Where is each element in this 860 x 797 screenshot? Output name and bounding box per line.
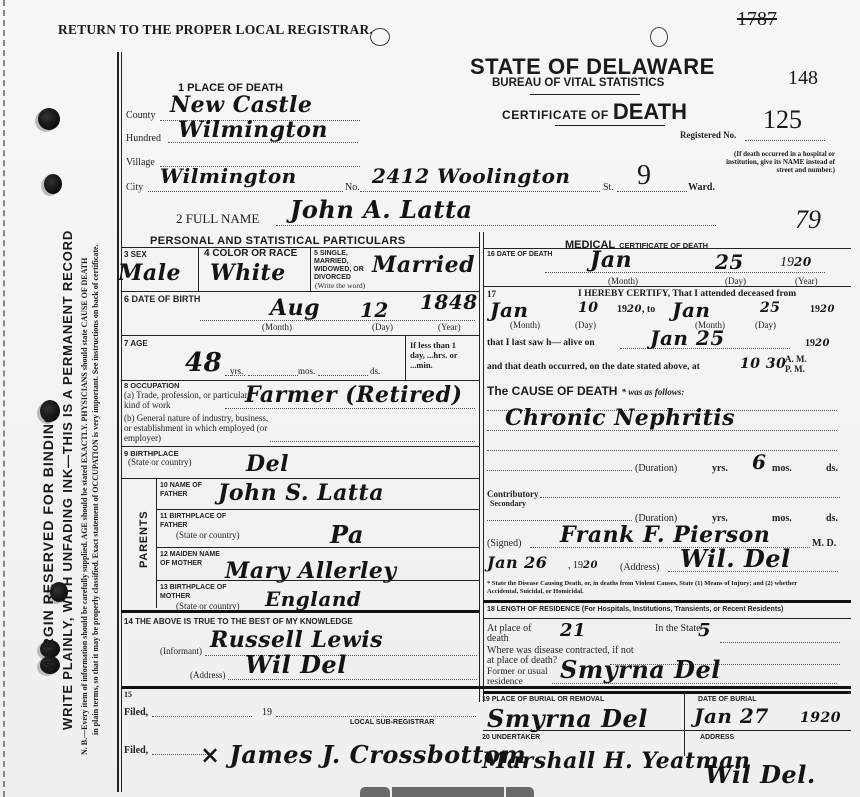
- viewer-toolbar-button[interactable]: [392, 787, 504, 797]
- marital-hint: (Write the word): [315, 281, 365, 290]
- occupation-a-label: (a) Trade, profession, or particular kin…: [124, 390, 249, 410]
- state-years: 5: [698, 620, 711, 641]
- viewer-toolbar-button[interactable]: [506, 787, 534, 797]
- stamp-number: 1787: [737, 8, 777, 31]
- to-day-caption: (Day): [755, 320, 776, 330]
- color-label: 4 COLOR OR RACE: [204, 248, 297, 259]
- city-value: Wilmington: [160, 164, 297, 188]
- burial-year: 1920: [800, 710, 841, 726]
- viewer-toolbar-button[interactable]: [360, 787, 390, 797]
- cause-of-death: Chronic Nephritis: [505, 405, 735, 431]
- ward-value: 9: [637, 160, 651, 192]
- burial-date-label: DATE OF BURIAL: [698, 696, 757, 703]
- medical-heading: MEDICAL CERTIFICATE OF DEATH: [565, 235, 708, 253]
- undertaker-address: Wil Del.: [705, 760, 816, 789]
- registered-no-label: Registered No.: [680, 130, 736, 140]
- parents-section-label: PARENTS: [138, 511, 150, 568]
- physician-address-label: (Address): [620, 562, 659, 573]
- duration-2-mos: mos.: [772, 513, 792, 524]
- street-no-value: 2412 Woolington: [372, 164, 570, 188]
- birthplace-value: Del: [246, 451, 289, 477]
- filed-label: Filed,: [124, 707, 148, 718]
- undertaker-address-label: ADDRESS: [700, 734, 734, 741]
- dob-month: Aug: [270, 295, 320, 321]
- mos-label: mos.: [298, 366, 315, 376]
- dob-day: 12: [360, 298, 389, 322]
- birthplace-hint: (State or country): [128, 457, 191, 467]
- attended-to-day: 25: [760, 300, 780, 316]
- last-saw-year: 1920: [805, 338, 830, 349]
- informant-address-label: (Address): [190, 670, 226, 680]
- margin-note: 79: [795, 205, 821, 235]
- stamp-circle-icon: [370, 28, 390, 46]
- father-name: John S. Latta: [218, 480, 384, 506]
- mother-name-label: 12 MAIDEN NAME OF MOTHER: [160, 550, 230, 568]
- dod-month-caption: (Month): [608, 276, 638, 286]
- informant-label: (Informant): [160, 646, 202, 656]
- death-certificate-document: MARGIN RESERVED FOR BINDING WRITE PLAINL…: [0, 0, 860, 797]
- signed-date: Jan 26: [487, 553, 547, 572]
- age-label: 7 AGE: [124, 339, 148, 348]
- file-number: 148: [788, 67, 818, 90]
- burial-place-label: 19 PLACE OF BURIAL OR REMOVAL: [482, 696, 604, 703]
- date-of-death-label: 16 DATE OF DEATH: [487, 251, 552, 258]
- mother-birthplace-label: 13 BIRTHPLACE OF MOTHER: [160, 583, 230, 601]
- father-birthplace-label: 11 BIRTHPLACE OF FATHER: [160, 512, 230, 530]
- year-caption: (Year): [438, 322, 461, 332]
- duration-ds-label: ds.: [826, 463, 838, 474]
- village-label: Village: [126, 157, 155, 168]
- county-label: County: [126, 110, 155, 121]
- father-birthplace-hint: (State or country): [176, 530, 239, 540]
- margin-reserved-text: MARGIN RESERVED FOR BINDING: [40, 411, 56, 672]
- form-left-border-inner: [121, 52, 122, 792]
- dod-year-caption: (Year): [795, 276, 818, 286]
- hundred-value: Wilmington: [178, 117, 328, 143]
- signed-year: , 1920: [568, 560, 598, 571]
- city-label: City: [126, 182, 143, 193]
- attended-from-year: 1920, to: [617, 304, 655, 315]
- secondary-label: Secondary: [490, 499, 526, 508]
- center-divider-inner: [483, 232, 484, 702]
- cause-footnote: * State the Disease Causing Death, or, i…: [487, 580, 817, 596]
- informant-address: Wil Del: [245, 650, 347, 679]
- nb-instructions-line2: in plain terms, so that it may be proper…: [91, 244, 100, 735]
- informant-heading: 14 THE ABOVE IS TRUE TO THE BEST OF MY K…: [124, 617, 353, 626]
- dob-year: 1848: [420, 290, 478, 314]
- header-rule: [530, 94, 640, 95]
- occupation-b-label: (b) General nature of industry, business…: [124, 413, 269, 443]
- binding-hole-icon: [44, 174, 62, 194]
- perforated-edge: [3, 0, 5, 797]
- form-left-border: [117, 52, 119, 792]
- burial-place: Smyrna Del: [487, 704, 648, 733]
- header-rule-2: [555, 125, 665, 126]
- dod-year: 1920: [780, 255, 812, 271]
- yrs-label: yrs.: [230, 366, 243, 376]
- return-notice: RETURN TO THE PROPER LOCAL REGISTRAR.: [58, 22, 373, 38]
- ward-label: Ward.: [688, 182, 715, 193]
- registrar-signature: × James J. Crossbottom: [200, 740, 526, 769]
- cause-heading: The CAUSE OF DEATH * was as follows:: [487, 382, 684, 400]
- certificate-prefix: CERTIFICATE OF: [502, 108, 609, 122]
- sex-value: Male: [118, 260, 181, 286]
- former-residence-label: Former or usual residence: [487, 667, 557, 687]
- certificate-death: DEATH: [613, 99, 687, 124]
- less-than-day-note: If less than 1 day, ...hrs. or ...min.: [410, 340, 470, 370]
- attended-to-month: Jan: [672, 298, 710, 322]
- hundred-label: Hundred: [126, 133, 161, 144]
- signed-label: (Signed): [487, 538, 521, 549]
- contributory-label: Contributory: [487, 489, 539, 499]
- full-name-value: John A. Latta: [290, 195, 473, 224]
- occupation-label: 8 OCCUPATION: [124, 381, 180, 390]
- mother-birthplace: England: [265, 587, 361, 611]
- father-name-label: 10 NAME OF FATHER: [160, 481, 215, 499]
- county-value: New Castle: [170, 92, 312, 118]
- full-name-label: 2 FULL NAME: [176, 211, 259, 227]
- former-residence: Smyrna Del: [560, 655, 721, 684]
- attended-from-day: 10: [578, 300, 598, 316]
- registered-no-value: 125: [763, 105, 802, 135]
- occupation-value: Farmer (Retired): [245, 382, 462, 408]
- marital-value: Married: [372, 252, 475, 278]
- duration-months: 6: [752, 450, 766, 474]
- nb-instructions-line1: N. B.—Every item of information should b…: [80, 258, 89, 755]
- last-saw-date: Jan 25: [650, 326, 725, 350]
- dod-month: Jan: [590, 247, 632, 273]
- residence-heading: 18 LENGTH OF RESIDENCE (For Hospitals, I…: [487, 606, 783, 613]
- street-label: St.: [603, 182, 614, 193]
- sub-registrar-label: LOCAL SUB-REGISTRAR: [350, 719, 434, 726]
- father-birthplace: Pa: [330, 520, 364, 549]
- month-caption: (Month): [262, 322, 292, 332]
- filed-year-prefix: 19: [262, 707, 272, 718]
- bureau-title: BUREAU OF VITAL STATISTICS: [492, 77, 664, 89]
- dod-day: 25: [715, 250, 744, 274]
- sex-label: 3 SEX: [124, 250, 147, 259]
- attended-from-month: Jan: [490, 298, 528, 322]
- last-saw-text: that I last saw h— alive on: [487, 338, 595, 348]
- md-label: M. D.: [812, 538, 836, 549]
- duration-label: (Duration): [635, 463, 677, 474]
- undertaker-label: 20 UNDERTAKER: [482, 734, 540, 741]
- filed-2-label: Filed,: [124, 745, 148, 756]
- from-day-caption: (Day): [575, 320, 596, 330]
- burial-date: Jan 27: [694, 704, 769, 728]
- death-time: 10 30: [740, 356, 786, 372]
- death-time-text: and that death occurred, on the date sta…: [487, 362, 700, 372]
- day-caption: (Day): [372, 322, 393, 332]
- days-at-place: 21: [560, 620, 586, 641]
- duration-2-ds: ds.: [826, 513, 838, 524]
- color-value: White: [210, 260, 286, 286]
- dod-day-caption: (Day): [725, 276, 746, 286]
- write-plainly-text: WRITE PLAINLY, WITH UNFADING INK—THIS IS…: [60, 230, 75, 730]
- dob-label: 6 DATE OF BIRTH: [124, 294, 200, 304]
- physician-address: Wil. Del: [680, 544, 791, 573]
- duration-yrs-label: yrs.: [712, 463, 728, 474]
- center-divider: [479, 232, 480, 702]
- at-place-label: At place of death: [487, 624, 547, 644]
- from-month-caption: (Month): [510, 320, 540, 330]
- street-no-label: No.: [345, 182, 360, 193]
- duration-mos-label: mos.: [772, 463, 792, 474]
- stamp-circle-icon: [650, 27, 668, 47]
- pm-label: P. M.: [785, 364, 805, 374]
- am-label: A. M.: [785, 354, 807, 364]
- age-years: 48: [185, 348, 222, 378]
- attended-to-year: 1920: [810, 304, 835, 315]
- personal-heading: PERSONAL AND STATISTICAL PARTICULARS: [150, 235, 406, 247]
- certificate-title: CERTIFICATE OF DEATH: [502, 99, 687, 125]
- ds-label: ds.: [370, 366, 380, 376]
- marital-label: 5 SINGLE, MARRIED, WIDOWED, OR DIVORCED: [314, 250, 374, 282]
- binding-hole-icon: [38, 108, 60, 130]
- filing-number: 15: [124, 690, 132, 699]
- hospital-note: (If death occurred in a hospital or inst…: [725, 150, 835, 174]
